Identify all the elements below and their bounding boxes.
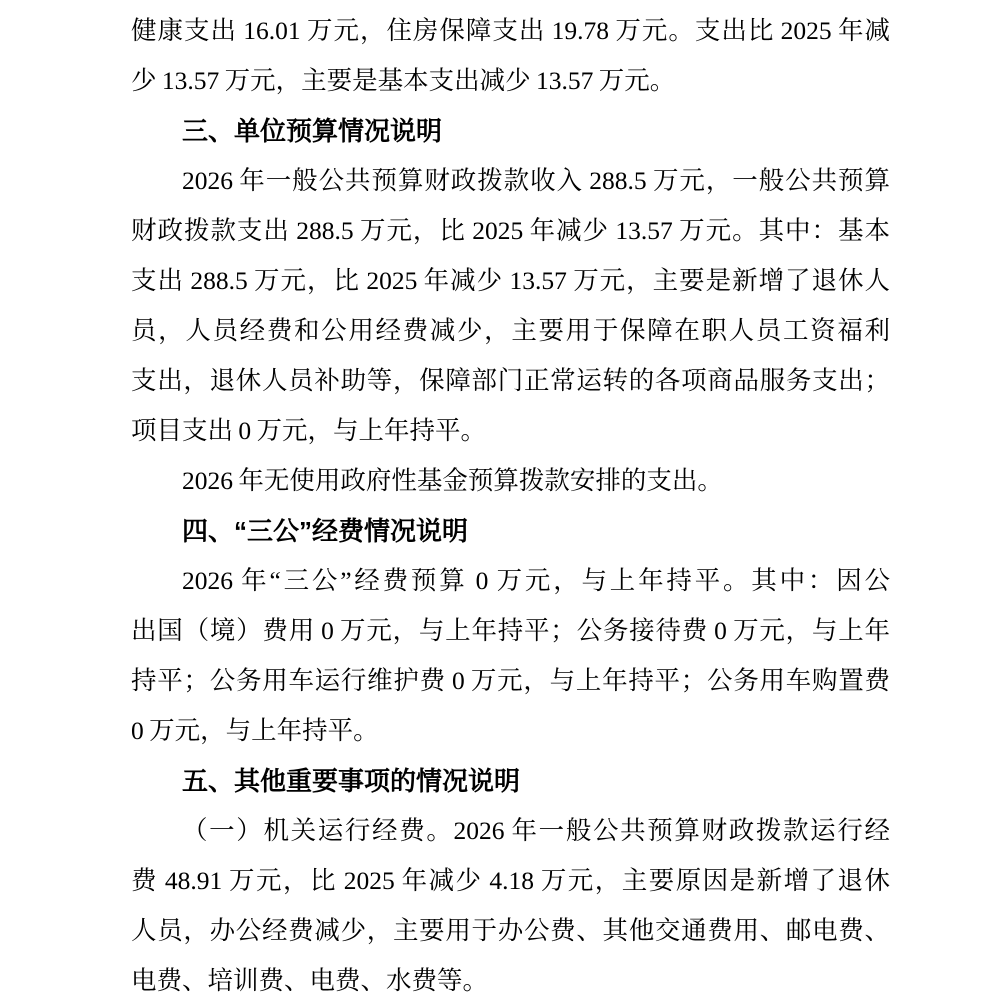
paragraph-line: 电费、培训费、电费、水费等。 — [131, 956, 890, 1006]
paragraph-line: 0 万元，与上年持平。 — [131, 706, 890, 756]
section-heading: 五、其他重要事项的情况说明 — [131, 756, 890, 806]
paragraph-line: 员，人员经费和公用经费减少，主要用于保障在职人员工资福利 — [131, 306, 890, 356]
paragraph-line: 出国（境）费用 0 万元，与上年持平；公务接待费 0 万元，与上年 — [131, 606, 890, 656]
paragraph-line: 健康支出 16.01 万元，住房保障支出 19.78 万元。支出比 2025 年… — [131, 6, 890, 56]
section-heading: 四、“三公”经费情况说明 — [131, 506, 890, 556]
paragraph-line: （一）机关运行经费。2026 年一般公共预算财政拨款运行经 — [131, 806, 890, 856]
document-page: 健康支出 16.01 万元，住房保障支出 19.78 万元。支出比 2025 年… — [0, 0, 1000, 1008]
paragraph-line: 费 48.91 万元，比 2025 年减少 4.18 万元，主要原因是新增了退休 — [131, 856, 890, 906]
paragraph-line: 2026 年一般公共预算财政拨款收入 288.5 万元，一般公共预算 — [131, 156, 890, 206]
section-heading: 三、单位预算情况说明 — [131, 106, 890, 156]
paragraph-line: 人员，办公经费减少，主要用于办公费、其他交通费用、邮电费、 — [131, 906, 890, 956]
paragraph-line: 财政拨款支出 288.5 万元，比 2025 年减少 13.57 万元。其中：基… — [131, 206, 890, 256]
paragraph-line: 持平；公务用车运行维护费 0 万元，与上年持平；公务用车购置费 — [131, 656, 890, 706]
document-body: 健康支出 16.01 万元，住房保障支出 19.78 万元。支出比 2025 年… — [131, 6, 890, 1006]
paragraph-line: 少 13.57 万元，主要是基本支出减少 13.57 万元。 — [131, 56, 890, 106]
paragraph-line: 项目支出 0 万元，与上年持平。 — [131, 406, 890, 456]
paragraph-line: 2026 年“三公”经费预算 0 万元，与上年持平。其中：因公 — [131, 556, 890, 606]
paragraph-line: 支出 288.5 万元，比 2025 年减少 13.57 万元，主要是新增了退休… — [131, 256, 890, 306]
paragraph-line: 2026 年无使用政府性基金预算拨款安排的支出。 — [131, 456, 890, 506]
paragraph-line: 支出，退休人员补助等，保障部门正常运转的各项商品服务支出； — [131, 356, 890, 406]
